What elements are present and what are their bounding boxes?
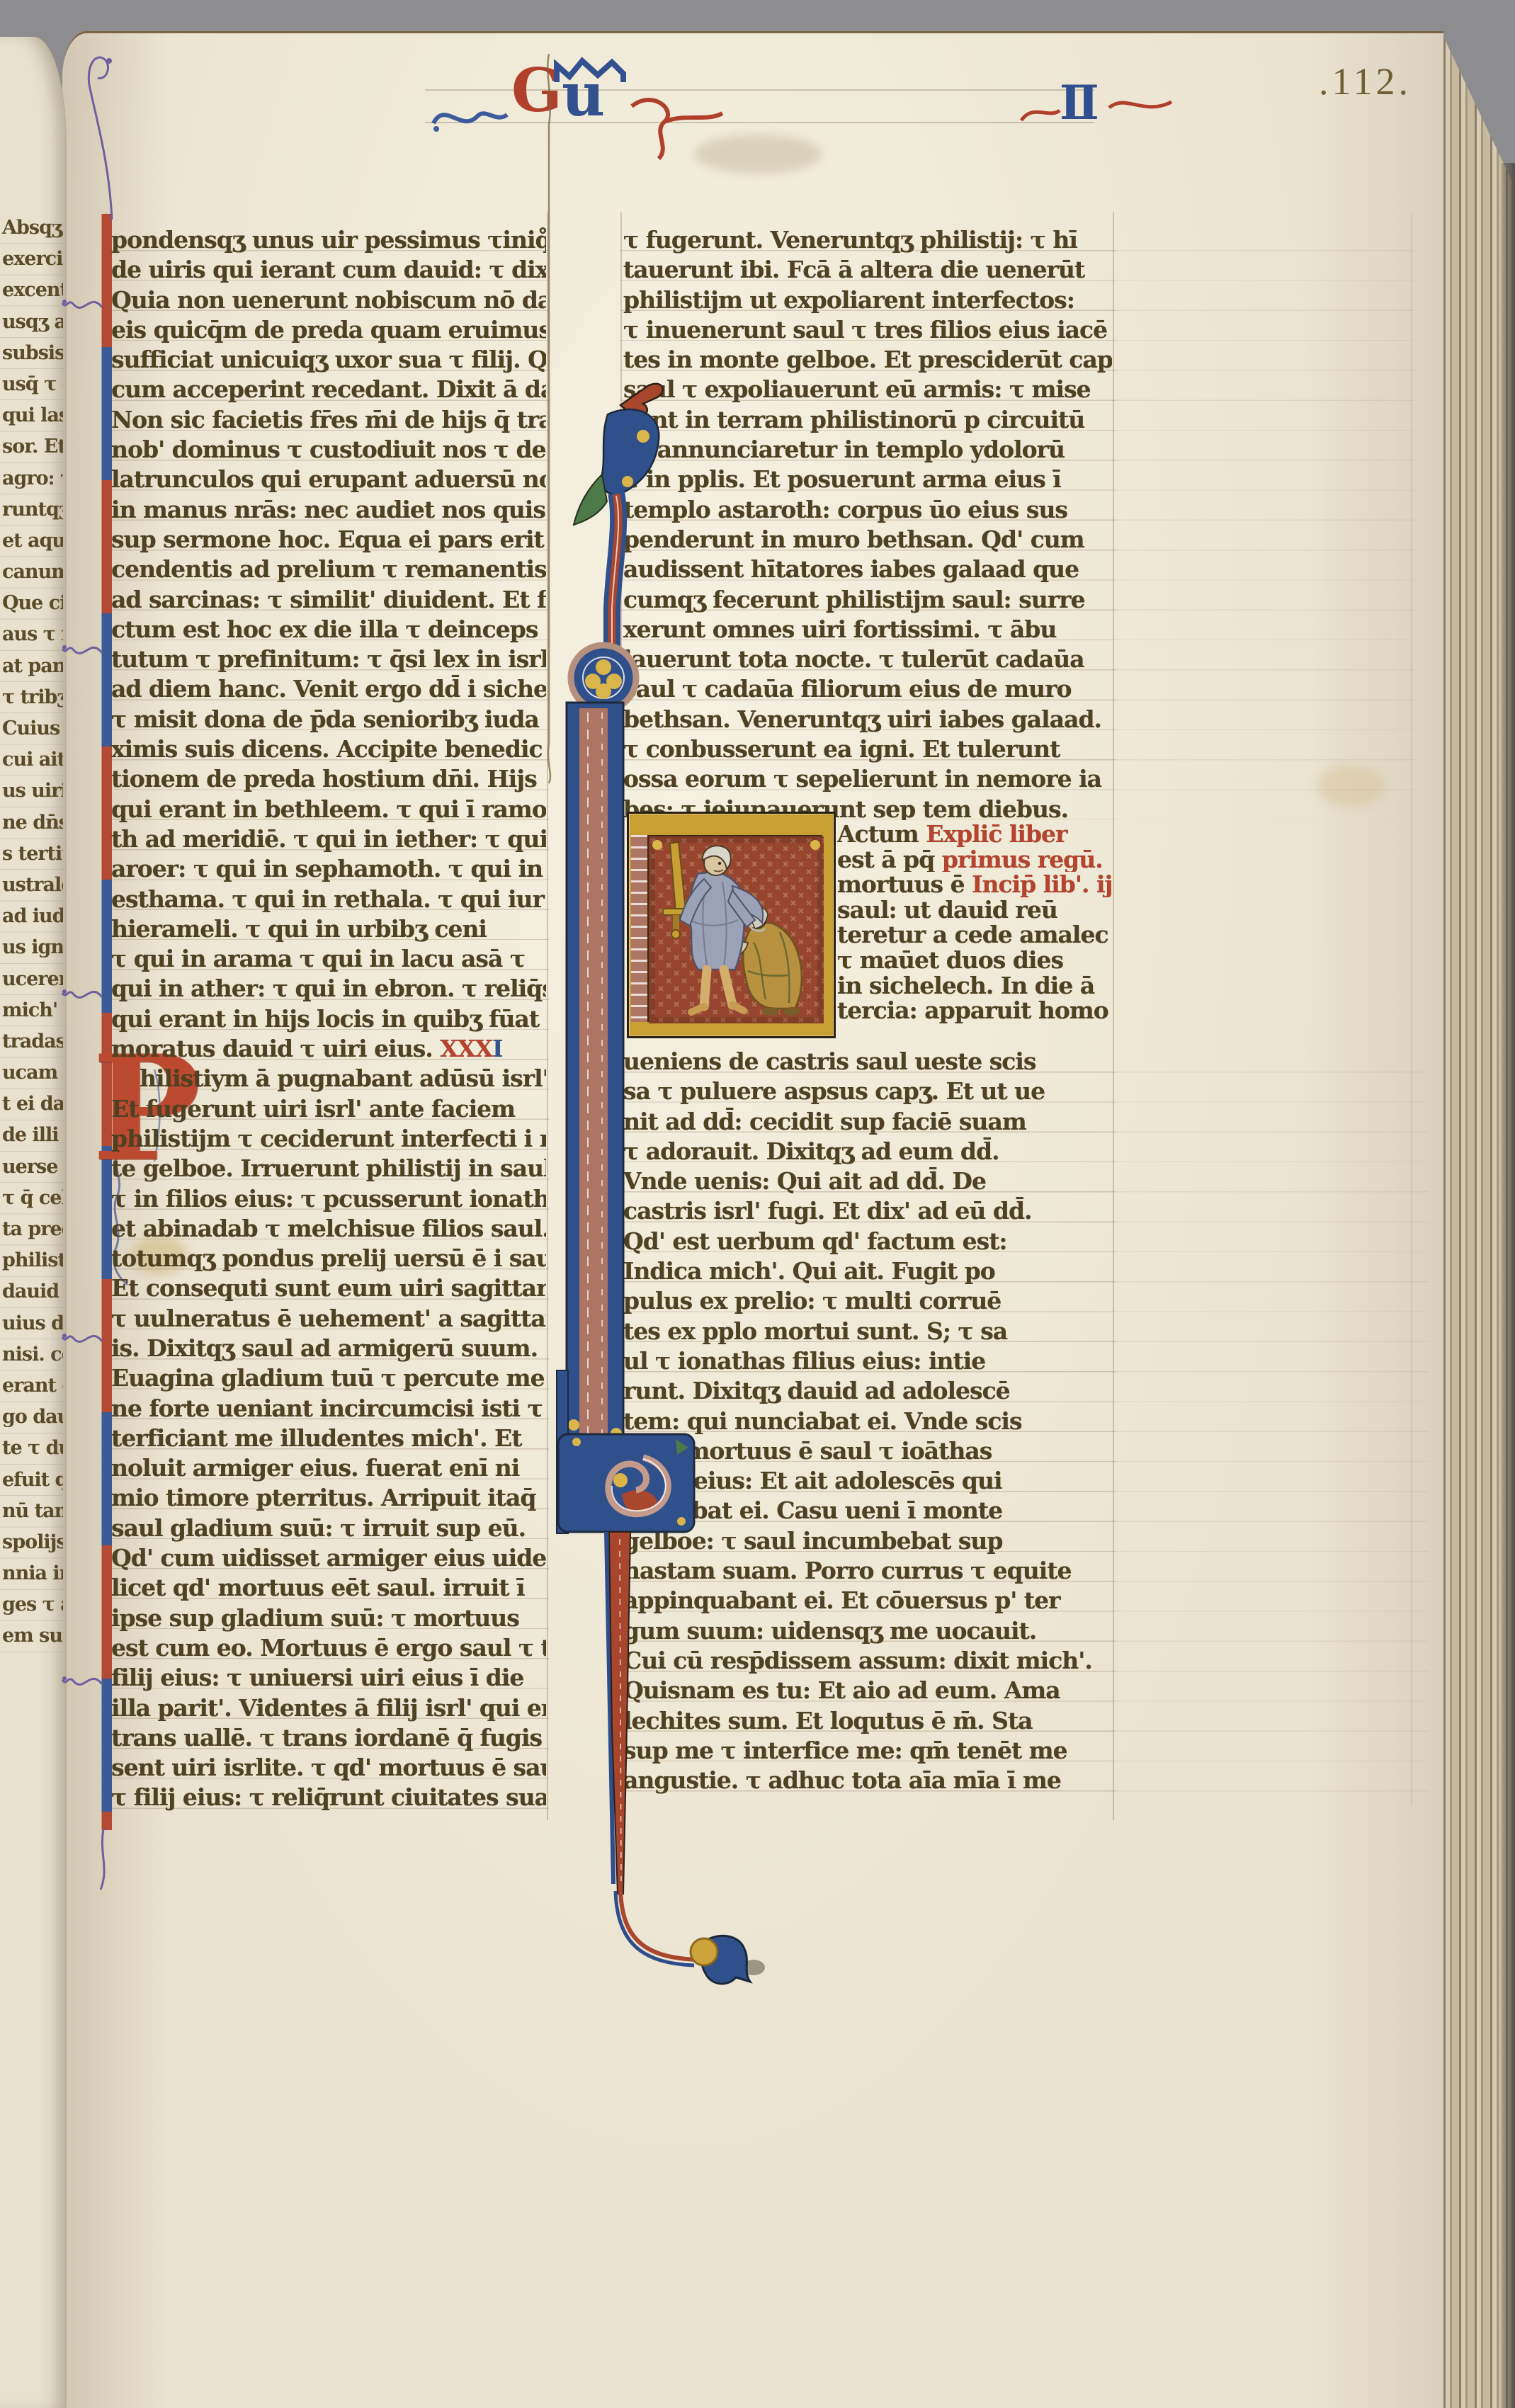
text-column-1: pondensqʒ unus uir pessimus τiniq̊de uir… [111, 225, 546, 1819]
text-segment-ink: moratus dauid τ uiri eius. [111, 1035, 440, 1062]
text-line: Non sic facietis fr̄es m̄i de hijs q̄ tr… [111, 405, 546, 435]
text-line: ad sarcinas: τ similit' diuident. Et fa [111, 585, 546, 615]
folio-number: .112. [1319, 59, 1412, 103]
text-fragment: ustralē pl' [0, 870, 63, 901]
text-fragment: efuit quicq̄ [0, 1465, 63, 1496]
ruling-lines [1116, 221, 1414, 819]
text-line: τ maūet duos dies [837, 948, 1112, 973]
book-numeral-flourish-right-icon [1106, 91, 1174, 126]
text-line: est ā pq̄ primus regū. [837, 847, 1112, 873]
text-fragment: excentiū p [0, 275, 63, 306]
text-line: sent uiri isrlite. τ qd' mortuus ē saul [111, 1753, 546, 1783]
text-line: Euagina gladium tuū τ percute me: [111, 1363, 546, 1393]
text-fragment: ges τ amic [0, 1589, 63, 1620]
text-segment-red: XXX [440, 1035, 492, 1062]
text-fragment: uerse temp [0, 1152, 63, 1183]
text-line: nob' dominus τ custodiuit nos τ dedit [111, 435, 546, 465]
text-line: totumqʒ pondus prelij uersū ē i saul. [111, 1244, 546, 1273]
text-fragment: ta preda τsp [0, 1214, 63, 1245]
text-line: hierameli. τ qui in urbibʒ ceni [111, 914, 546, 944]
column-boundary-line [1411, 212, 1412, 1806]
text-fragment: s tertius. q [0, 839, 63, 870]
text-fragment: Absqʒ dub [0, 212, 63, 244]
text-line: pondensqʒ unus uir pessimus τiniq̊ [111, 225, 546, 255]
text-segment-red: Incip̄ lib'. ij. [972, 872, 1112, 897]
text-line: ximis suis dicens. Accipite benedic [111, 734, 546, 764]
penwork-flourish-icon [61, 1320, 103, 1360]
text-line: noluit armiger eius. fuerat enī ni [111, 1453, 546, 1483]
text-line: eis quicq̄m de preda quam eruimus: set [111, 315, 546, 345]
text-fragment: aus τ refocil [0, 619, 63, 650]
text-line: terficiant me illudentes mich'. Et [111, 1424, 546, 1453]
text-line: is. Dixitqʒ saul ad armigerū suum. [111, 1334, 546, 1363]
text-fragment: tradas mi [0, 1026, 63, 1057]
text-fragment: subsisterūt [0, 338, 63, 369]
text-line: de uiris qui ierant cum dauid: τ dixit. [111, 255, 546, 285]
text-line: ctum est hoc ex die illa τ deinceps cons… [111, 615, 546, 644]
miniature [627, 812, 836, 1038]
text-line: et abinadab τ melchisue filios saul. [111, 1214, 546, 1244]
book-edge-shadow [1502, 163, 1515, 2408]
penwork-flourish-icon [61, 1663, 103, 1703]
text-line: sufficiat unicuiqʒ uxor sua τ filij. Quo [111, 345, 546, 375]
text-segment-ink: mortuus ē [837, 872, 972, 897]
text-fragment: nū tam de [0, 1496, 63, 1527]
text-line: Actum Explic̄ liber [837, 822, 1112, 847]
text-line: filij eius: τ uniuersi uiri eius ī die [111, 1663, 546, 1693]
text-line: ipse sup gladium suū: τ mortuus [111, 1603, 546, 1633]
text-segment-red: primus regū. [942, 847, 1103, 873]
text-segment-blue: I [492, 1035, 502, 1062]
text-fragment: ad iudicā [0, 901, 63, 932]
ivy-leaf-icon [691, 1936, 765, 1984]
book-numeral-flourish-left-icon [1018, 99, 1062, 127]
penwork-riser-icon [68, 34, 118, 225]
quatrefoil-roundel-icon [571, 645, 636, 710]
text-fragment: canum τ dua [0, 557, 63, 588]
miniature-filigree-band [631, 835, 647, 1022]
text-line: Qd' cum uidisset armiger eius uide [111, 1543, 546, 1573]
text-line: τ misit dona de p̄da senioribʒ iuda pro [111, 705, 546, 734]
text-fragment: go dauid oī [0, 1402, 63, 1433]
running-title-flourish-left-icon [431, 95, 510, 139]
text-line: tutum τ prefinitum: τ q̄si lex in isrl' … [111, 644, 546, 674]
column-boundary-line [1113, 212, 1114, 1820]
text-line: hilistiym ā pugnabant adūsū isrl'. [111, 1064, 546, 1094]
text-fragment: qui lassi ē [0, 400, 63, 431]
text-fragment: te τ duas u [0, 1433, 63, 1464]
text-column-2-beside-miniature: Actum Explic̄ liberest ā pq̄ primus regū… [837, 822, 1112, 1027]
text-line: trans uallē. τ trans iordanē q̄ fugis [111, 1723, 546, 1753]
text-line: tercia: apparuit homo [837, 998, 1112, 1023]
text-fragment: ne dn̄s me [0, 807, 63, 839]
text-fragment: de illi discū [0, 1120, 63, 1151]
text-fragment: at panē in b [0, 651, 63, 682]
manuscript-photo: Absqʒ dubexercici esexcentiū pusqʒ ad to… [0, 0, 1515, 2408]
text-line: Et fugerunt uiri isrl' ante faciem [111, 1094, 546, 1124]
text-line: philistijm τ ceciderunt interfecti i mō [111, 1124, 546, 1154]
gold-bead [691, 1938, 717, 1965]
text-fragment: us igni. ad [0, 932, 63, 963]
text-line: teretur a cede amalec [837, 922, 1112, 948]
text-fragment: τ q̄ celebrā [0, 1183, 63, 1214]
text-fragment: nnia ird [0, 1558, 63, 1589]
previous-page-edge: Absqʒ dubexercici esexcentiū pusqʒ ad to… [0, 37, 67, 2408]
penwork-flourish-icon [61, 632, 103, 671]
text-line: sup sermone hoc. Equa ei pars erit des [111, 525, 546, 555]
text-line: Quia non uenerunt nobiscum nō dabim̊ [111, 285, 546, 315]
text-line: τ in filios eius: τ pcusserunt ionathā [111, 1184, 546, 1214]
initial-f-stem [557, 703, 623, 1533]
initial-f-tail [606, 1532, 697, 1965]
text-line: ne forte ueniant incircumcisi isti τ ī [111, 1394, 546, 1424]
text-fragment: t ei dauid. [0, 1089, 63, 1120]
text-line: in manus nrās: nec audiet nos quisq̄ [111, 495, 546, 525]
text-line: mortuus ē Incip̄ lib'. ij. [837, 872, 1112, 897]
penwork-flourish-icon [61, 976, 103, 1016]
left-ornament-bar [101, 214, 112, 1830]
text-fragment: ucam trad [0, 1057, 63, 1089]
text-fragment: dauid auēt [0, 1276, 63, 1307]
penwork-tail-icon [92, 1827, 120, 1892]
text-line: aroer: τ qui in sephamoth. τ qui in [111, 854, 546, 884]
text-line: in sichelech. In die ā [837, 973, 1112, 999]
text-line: cendentis ad prelium τ remanentis [111, 555, 546, 584]
book-numeral: II [1060, 79, 1095, 126]
penwork-flourish-icon [61, 286, 103, 326]
text-line: Et consequti sunt eum uiri sagittarij [111, 1273, 546, 1303]
text-line: qui in ather: τ qui in ebron. τ reliq̄s [111, 974, 546, 1004]
text-fragment: et aquam: f [0, 526, 63, 557]
text-line: latrunculos qui erupant aduersū nos [111, 465, 546, 494]
text-line: qui erant in bethleem. τ qui ī ramo [111, 795, 546, 824]
text-fragment: Que ci comed [0, 588, 63, 619]
spiral-ornament-icon [558, 1434, 694, 1532]
text-line: cum acceperint recedant. Dixit ā dauid. [111, 375, 546, 404]
text-line: illa parit'. Videntes ā filij isrl' qui … [111, 1693, 546, 1723]
text-fragment: spolijs. Et [0, 1527, 63, 1558]
text-fragment: agro: τ addux [0, 463, 63, 494]
text-line: mio timore pterritus. Arripuit itaq̄ [111, 1483, 546, 1513]
text-fragment: em suā. D [0, 1620, 63, 1652]
gold-corner-dot [652, 840, 662, 850]
text-fragment: usq̄ τ ccc u [0, 369, 63, 400]
text-line: moratus dauid τ uiri eius. XXXI [111, 1034, 546, 1064]
text-fragment: philistym id [0, 1245, 63, 1276]
text-line: licet qd' mortuus eēt saul. irruit ī [111, 1573, 546, 1603]
text-fragment: usqʒ ad tor [0, 307, 63, 338]
text-fragment: Cuius ē tu [0, 713, 63, 744]
text-line: τ qui in arama τ qui in lacu asā τ [111, 944, 546, 974]
text-fragment: τ tribʒ nocte [0, 682, 63, 713]
text-line: τ uulneratus ē uehement' a sagittarij [111, 1304, 546, 1334]
text-segment-red: Explic̄ liber [926, 822, 1067, 847]
text-fragment: exercici es [0, 244, 63, 275]
text-fragment: ucerer ad ca [0, 964, 63, 995]
text-line: est cum eo. Mortuus ē ergo saul τ tres [111, 1633, 546, 1663]
text-fragment: erant camb [0, 1370, 63, 1402]
text-line: te gelboe. Irruerunt philistij in saul [111, 1154, 546, 1183]
ruling-lines [1116, 1043, 1428, 1804]
text-line: th ad meridiē. τ qui in iether: τ qui ī [111, 824, 546, 854]
text-fragment: us uiri am [0, 776, 63, 807]
gold-corner-dot [810, 840, 820, 850]
text-line: ad diem hanc. Venit ergo dd̄ i sichelech [111, 674, 546, 704]
text-fragment: sor. Et inuē [0, 431, 63, 462]
text-fragment: nisi. ccc uir [0, 1339, 63, 1370]
text-segment-ink: est ā pq̄ [837, 847, 942, 873]
text-fragment: cui ait. pu [0, 744, 63, 776]
text-line: esthama. τ qui in rethala. τ qui iur [111, 885, 546, 914]
text-line: qui erant in hijs locis in quibʒ fūat [111, 1004, 546, 1034]
text-fragment: runtqʒ ei pa [0, 494, 63, 526]
intercolumn-penline [547, 54, 550, 783]
text-line: τ filij eius: τ reliq̄runt ciuitates sua [111, 1783, 546, 1812]
text-fragment: mich' p dom [0, 995, 63, 1026]
text-line: saul: ut dauid reū [837, 897, 1112, 923]
text-line: tionem de preda hostium dn̄i. Hijs [111, 764, 546, 794]
previous-page-text: Absqʒ dubexercici esexcentiū pusqʒ ad to… [0, 212, 63, 1652]
miniature-scene [647, 835, 822, 1022]
text-line: saul gladium suū: τ irruit sup eū. [111, 1513, 546, 1543]
text-fragment: uius diei. τū [0, 1308, 63, 1339]
